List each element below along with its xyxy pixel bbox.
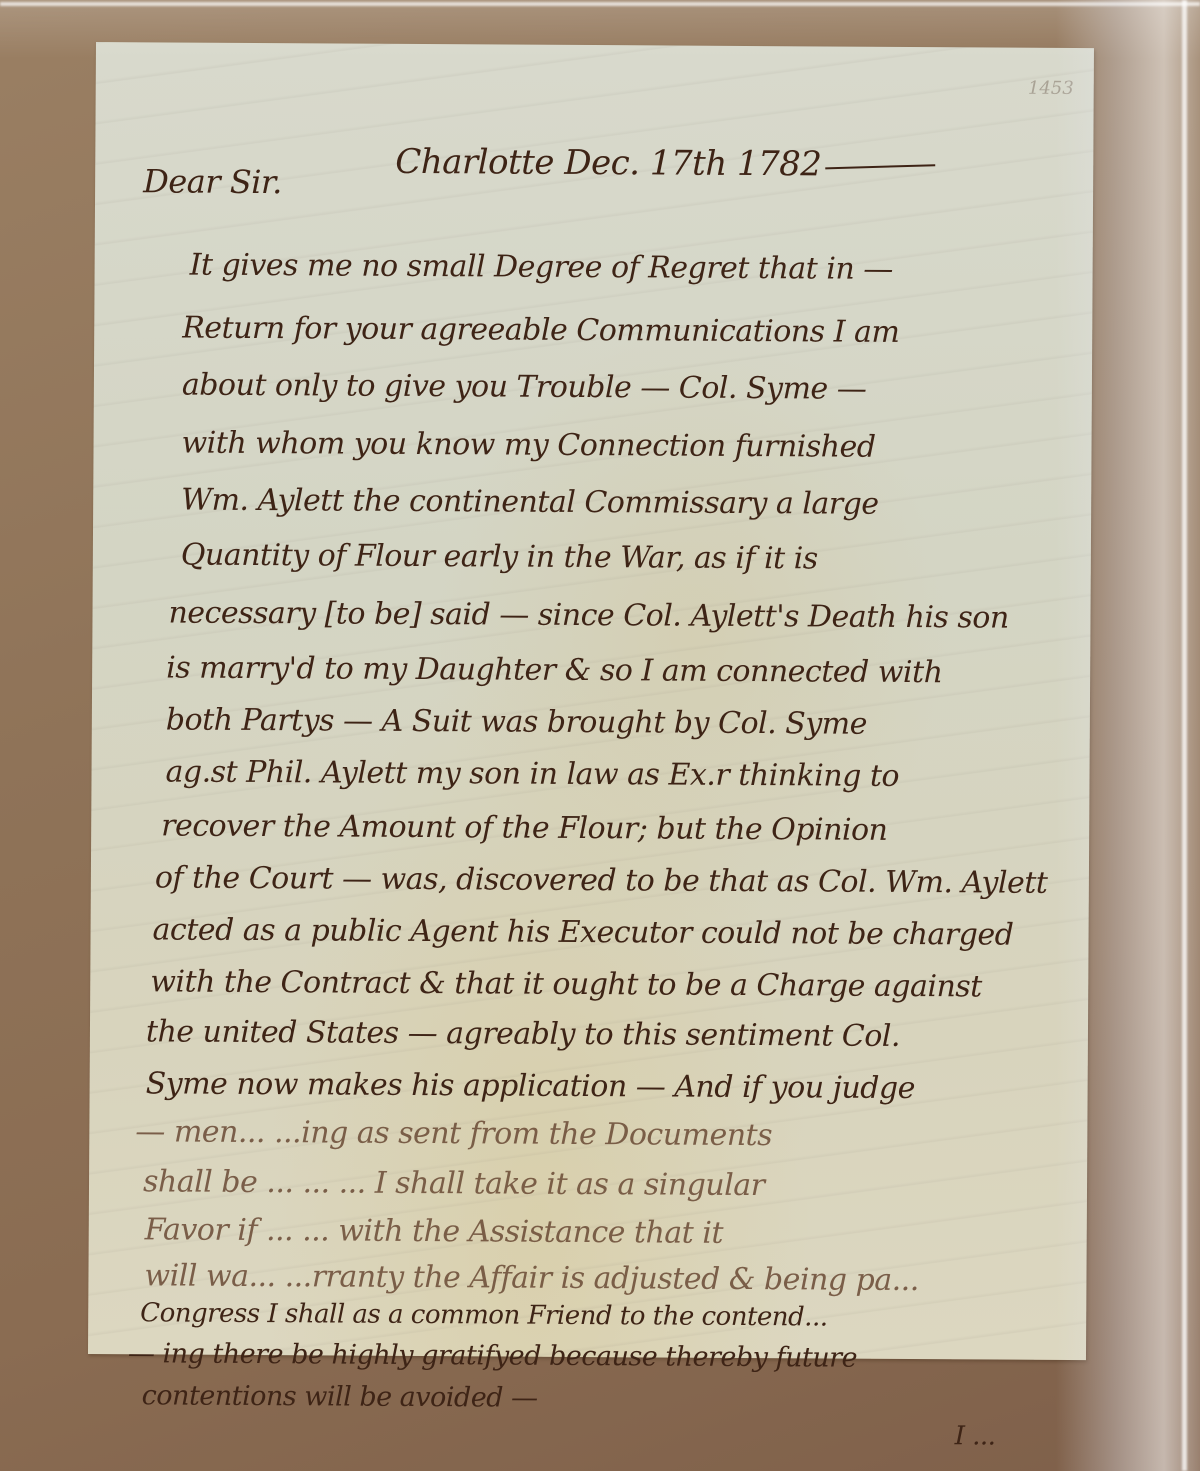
body-line: Return for your agreeable Communications… [182, 311, 899, 350]
letter-page: 1453 Dear Sir. Charlotte Dec. 17th 1782 … [88, 42, 1094, 1360]
body-line: shall be ... ... ... I shall take it as … [143, 1164, 765, 1203]
body-line: ag.st Phil. Aylett my son in law as Ex.r… [165, 754, 899, 793]
body-line: Quantity of Flour early in the War, as i… [181, 538, 818, 577]
plastic-sleeve-right-edge [1182, 0, 1187, 1471]
plastic-sleeve-top-edge [0, 2, 1200, 6]
body-line: will wa... ...rranty the Affair is adjus… [144, 1258, 919, 1298]
body-line: Wm. Aylett the continental Commissary a … [181, 483, 879, 522]
body-line: Syme now makes his application — And if … [146, 1066, 915, 1106]
body-line: contentions will be avoided — [142, 1380, 538, 1413]
body-line: — ing there be highly gratifyed because … [128, 1338, 857, 1373]
body-line: acted as a public Agent his Executor cou… [152, 912, 1013, 952]
body-line: about only to give you Trouble — Col. Sy… [182, 368, 867, 407]
body-line: with the Contract & that it ought to be … [150, 964, 982, 1004]
closing-fragment: I ... [955, 1421, 996, 1451]
archival-mark: 1453 [1028, 78, 1074, 99]
body-line: is marry'd to my Daughter & so I am conn… [166, 650, 942, 690]
body-line: with whom you know my Connection furnish… [181, 426, 875, 465]
body-line: Congress I shall as a common Friend to t… [140, 1298, 827, 1332]
flourish-rule [825, 164, 935, 169]
ink-bleed-through [88, 42, 1094, 1360]
body-line: of the Court — was, discovered to be tha… [155, 860, 1048, 900]
salutation: Dear Sir. [143, 162, 282, 201]
body-line: the united States — agreably to this sen… [146, 1014, 900, 1054]
body-line: recover the Amount of the Flour; but the… [161, 808, 887, 847]
body-line: both Partys — A Suit was brought by Col.… [166, 702, 867, 741]
place-date: Charlotte Dec. 17th 1782 [395, 142, 821, 185]
body-line: — men... ...ing as sent from the Documen… [135, 1114, 772, 1153]
body-line: necessary [to be] said — since Col. Ayle… [168, 595, 1008, 635]
place-date-line: Charlotte Dec. 17th 1782 [395, 142, 935, 185]
body-line: It gives me no small Degree of Regret th… [190, 248, 893, 287]
body-line: Favor if ... ... with the Assistance tha… [145, 1212, 723, 1251]
